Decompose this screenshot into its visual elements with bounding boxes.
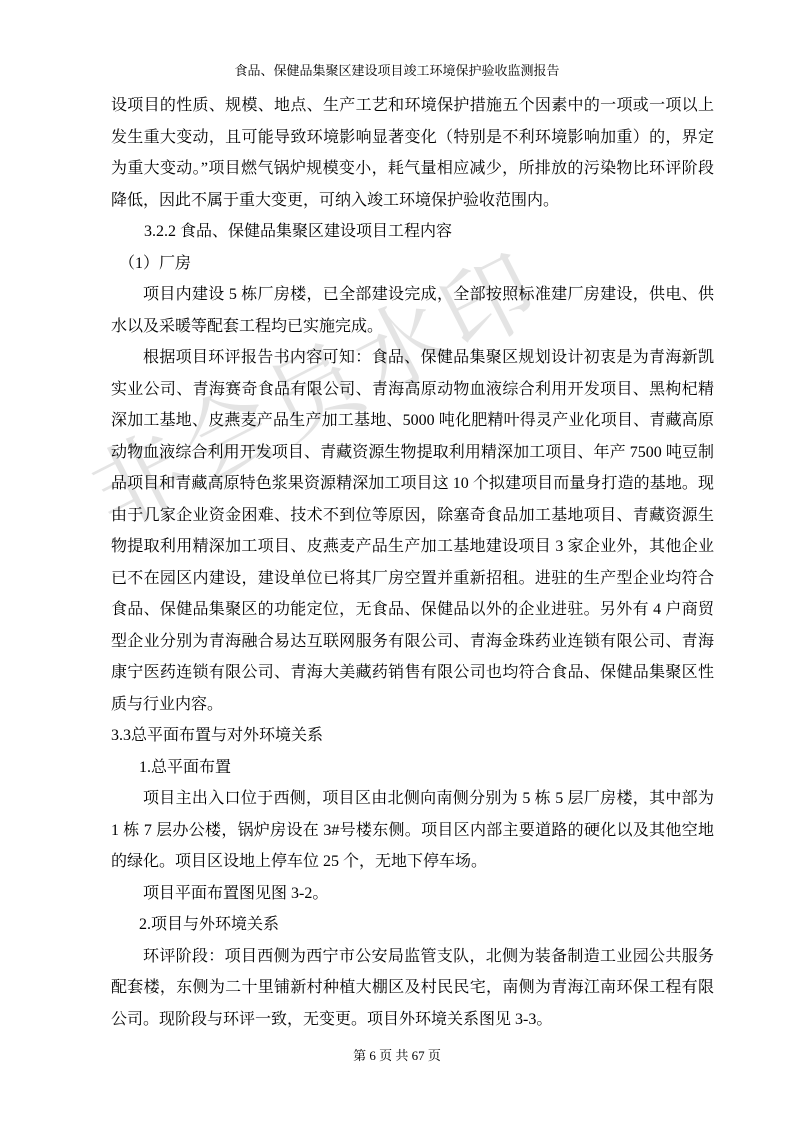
paragraph-factory-buildings: 项目内建设 5 栋厂房楼，已全部建设完成，全部按照标准建厂房建设，供电、供水以及… [111,279,714,342]
page-number-label: 第 6 页 共 67 页 [0,1045,794,1064]
paragraph-eia-planned-projects: 根据项目环评报告书内容可知：食品、保健品集聚区规划设计初衷是为青海新凯实业公司、… [111,342,714,720]
document-header-title: 食品、保健品集聚区建设项目竣工环境保护验收监测报告 [0,60,794,79]
list-item-external-relation-label: 2.项目与外环境关系 [111,909,714,941]
document-page: 食品、保健品集聚区建设项目竣工环境保护验收监测报告 非会员水印 设项目的性质、规… [0,0,794,1122]
heading-3-3: 3.3总平面布置与对外环境关系 [111,720,714,752]
list-item-site-layout-label: 1.总平面布置 [111,752,714,784]
paragraph-external-environment: 环评阶段：项目西侧为西宁市公安局监管支队，北侧为装备制造工业园公共服务配套楼，东… [111,941,714,1036]
paragraph-site-layout: 项目主出入口位于西侧，项目区由北侧向南侧分别为 5 栋 5 层厂房楼，其中部为 … [111,783,714,878]
paragraph-major-change-definition: 设项目的性质、规模、地点、生产工艺和环境保护措施五个因素中的一项或一项以上发生重… [111,90,714,216]
list-item-factory-label: （1）厂房 [111,248,714,280]
document-body: 设项目的性质、规模、地点、生产工艺和环境保护措施五个因素中的一项或一项以上发生重… [111,90,714,1035]
heading-3-2-2: 3.2.2 食品、保健品集聚区建设项目工程内容 [111,216,714,248]
paragraph-figure-ref-3-2: 项目平面布置图见图 3-2。 [111,878,714,910]
